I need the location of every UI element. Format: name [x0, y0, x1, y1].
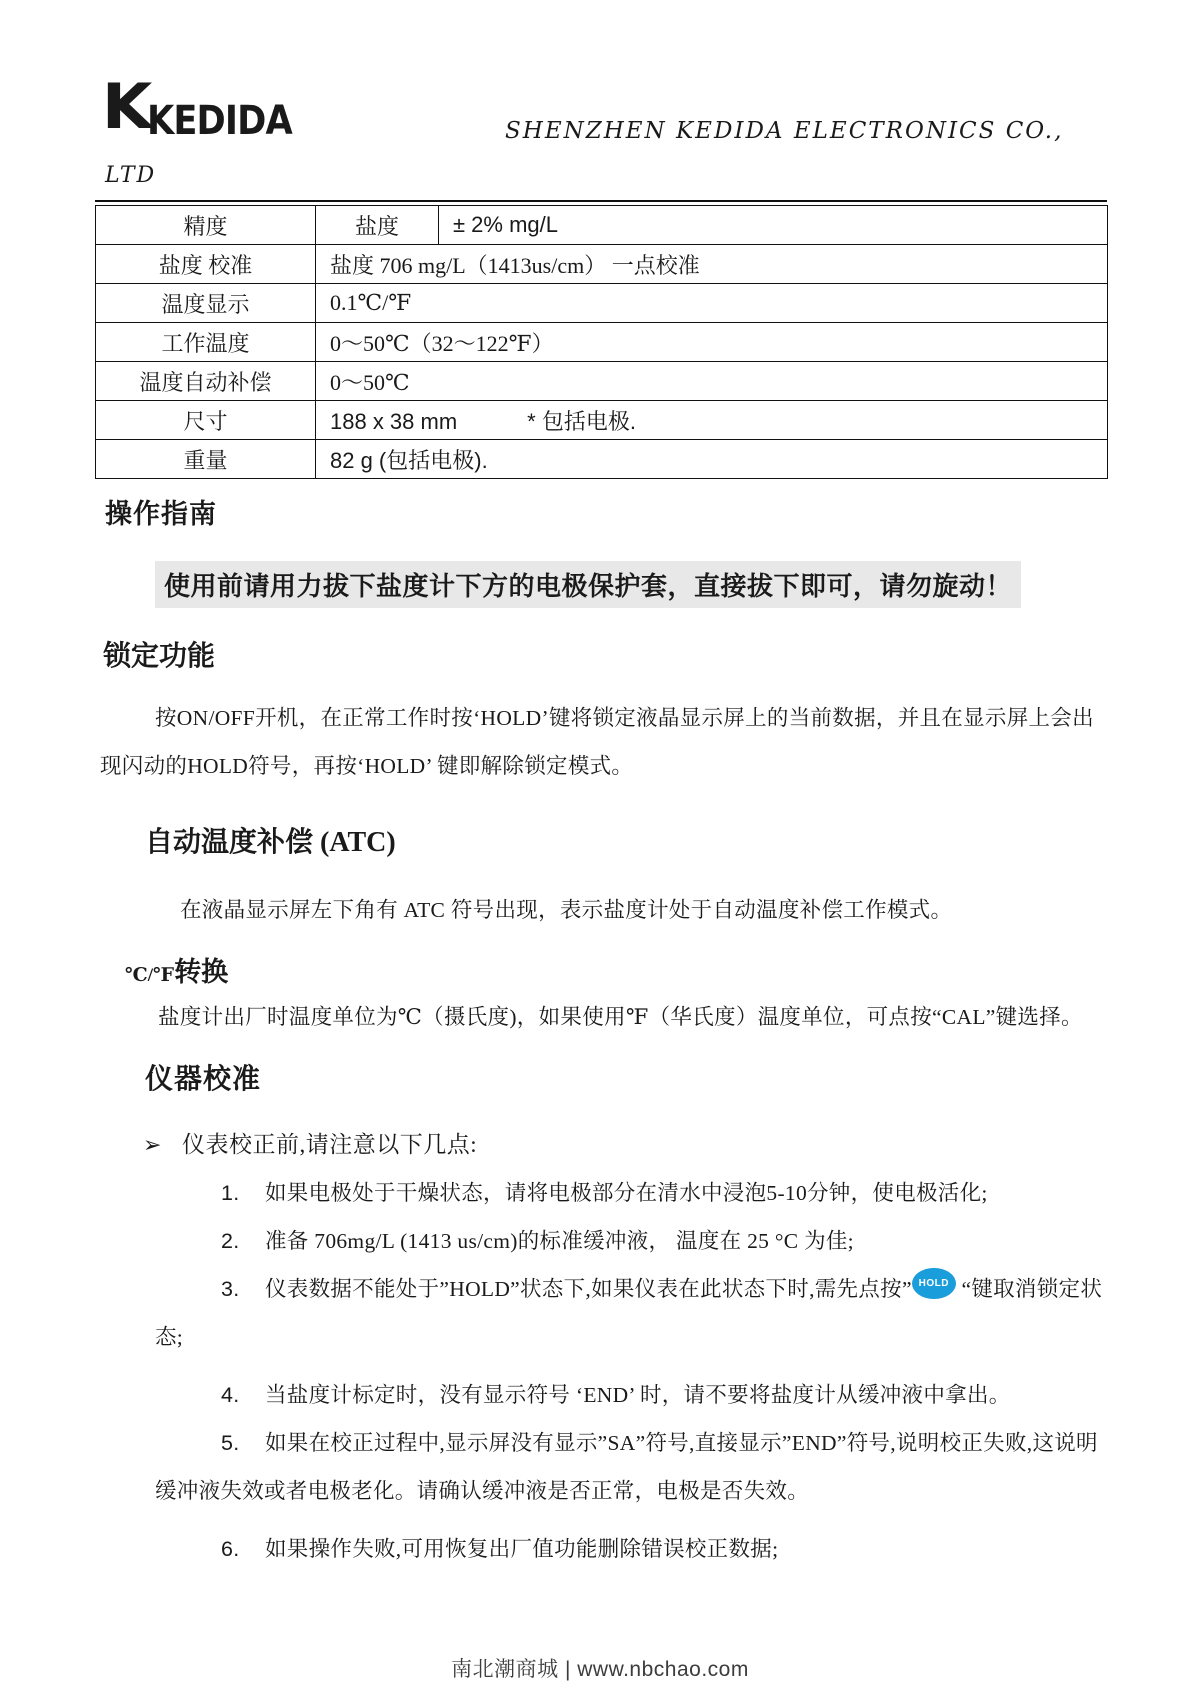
- list-text: 如果在校正过程中,显示屏没有显示”SA”符号,直接显示”END”符号,说明校正失…: [155, 1431, 1098, 1503]
- section-title-atc: 自动温度补偿 (ATC): [145, 820, 1200, 860]
- table-row: 温度显示 0.1℃/℉: [96, 284, 1108, 323]
- list-number: 3.: [221, 1265, 265, 1313]
- table-row: 工作温度 0～50℃（32～122℉）: [96, 323, 1108, 362]
- document-body: 操作指南 使用前请用力拔下盐度计下方的电极保护套，直接拔下即可，请勿旋动！ 锁定…: [0, 468, 1200, 1573]
- spec-label: 盐度 校准: [96, 245, 316, 284]
- lock-function-paragraph: 按ON/OFF开机，在正常工作时按‘HOLD’键将锁定液晶显示屏上的当前数据，并…: [100, 694, 1105, 790]
- list-number: 1.: [221, 1169, 265, 1217]
- spec-value: ± 2% mg/L: [439, 206, 1108, 245]
- spec-label: 尺寸: [96, 401, 316, 440]
- list-text: 准备 706mg/L (1413 us/cm)的标准缓冲液， 温度在 25 °C…: [265, 1229, 854, 1253]
- spec-sublabel: 盐度: [316, 206, 439, 245]
- section-title-instrument-calibration: 仪器校准: [145, 1057, 1200, 1097]
- footer-site-credit: 南北潮商城 | www.nbchao.com: [0, 1653, 1200, 1683]
- kedida-logo-wordmark: KEDIDA: [147, 92, 292, 150]
- table-row: 尺寸 188 x 38 mm* 包括电极.: [96, 401, 1108, 440]
- calibration-notice-text: 仪表校正前,请注意以下几点:: [182, 1132, 477, 1157]
- table-row: 温度自动补偿 0～50℃: [96, 362, 1108, 401]
- list-number: 5.: [221, 1419, 265, 1467]
- spec-label: 工作温度: [96, 323, 316, 362]
- header-divider: [95, 200, 1107, 202]
- table-row: 精度 盐度 ± 2% mg/L: [96, 206, 1108, 245]
- list-text: 当盐度计标定时，没有显示符号 ‘END’ 时，请不要将盐度计从缓冲液中拿出。: [265, 1383, 1011, 1407]
- section-title-cf-switch: ℃/℉转换: [125, 950, 1200, 989]
- list-item-4: 4.当盐度计标定时，没有显示符号 ‘END’ 时，请不要将盐度计从缓冲液中拿出。: [155, 1371, 1105, 1419]
- list-item-1: 1.如果电极处于干燥状态，请将电极部分在清水中浸泡5-10分钟，使电极活化;: [155, 1169, 1105, 1217]
- section-title-lock-function: 锁定功能: [103, 634, 1200, 674]
- spec-value: 0～50℃（32～122℉）: [316, 323, 1108, 362]
- warning-highlight: 使用前请用力拔下盐度计下方的电极保护套，直接拔下即可，请勿旋动！: [155, 561, 1021, 608]
- section-title-operation-guide: 操作指南: [105, 492, 1200, 531]
- kedida-logo-mark: K: [102, 78, 148, 136]
- list-text: 如果操作失败,可用恢复出厂值功能删除错误校正数据;: [265, 1537, 778, 1561]
- spec-note: * 包括电极.: [527, 409, 636, 434]
- spec-value: 0～50℃: [316, 362, 1108, 401]
- manual-page: KKEDIDA SHENZHEN KEDIDA ELECTRONICS CO.,…: [0, 0, 1200, 1697]
- list-item-6: 6.如果操作失败,可用恢复出厂值功能删除错误校正数据;: [155, 1525, 1105, 1573]
- spec-value: 0.1℃/℉: [316, 284, 1108, 323]
- cf-paragraph: 盐度计出厂时温度单位为℃（摄氏度)，如果使用℉（华氏度）温度单位，可点按“CAL…: [100, 993, 1105, 1041]
- list-text: 仪表数据不能处于”HOLD”状态下,如果仪表在此状态下时,需先点按”HOLD “…: [155, 1277, 1102, 1349]
- spec-label: 精度: [96, 206, 316, 245]
- spec-label: 温度自动补偿: [96, 362, 316, 401]
- spec-table: 精度 盐度 ± 2% mg/L 盐度 校准 盐度 706 mg/L（1413us…: [95, 205, 1108, 479]
- list-text: 如果电极处于干燥状态，请将电极部分在清水中浸泡5-10分钟，使电极活化;: [265, 1181, 988, 1205]
- company-name-line2: LTD: [105, 163, 156, 188]
- spec-value: 188 x 38 mm* 包括电极.: [316, 401, 1108, 440]
- list-number: 6.: [221, 1525, 265, 1573]
- cf-title-label: 转换: [174, 957, 228, 987]
- spec-value: 盐度 706 mg/L（1413us/cm） 一点校准: [316, 245, 1108, 284]
- list-item-5: 5.如果在校正过程中,显示屏没有显示”SA”符号,直接显示”END”符号,说明校…: [155, 1419, 1105, 1515]
- table-row: 盐度 校准 盐度 706 mg/L（1413us/cm） 一点校准: [96, 245, 1108, 284]
- spec-label: 温度显示: [96, 284, 316, 323]
- hold-button-badge: HOLD: [912, 1268, 956, 1299]
- atc-paragraph: 在液晶显示屏左下角有 ATC 符号出现，表示盐度计处于自动温度补偿工作模式。: [105, 886, 1105, 934]
- company-name-line1: SHENZHEN KEDIDA ELECTRONICS CO.,: [505, 118, 1025, 144]
- list-item-2: 2.准备 706mg/L (1413 us/cm)的标准缓冲液， 温度在 25 …: [155, 1217, 1105, 1265]
- calibration-notice-line: ➢仪表校正前,请注意以下几点:: [143, 1121, 1200, 1169]
- kedida-logo: KKEDIDA: [103, 78, 312, 150]
- cf-units-label: ℃/℉: [125, 965, 174, 986]
- arrow-bullet-icon: ➢: [143, 1132, 162, 1157]
- list-number: 4.: [221, 1371, 265, 1419]
- list-item-3: 3.仪表数据不能处于”HOLD”状态下,如果仪表在此状态下时,需先点按”HOLD…: [155, 1265, 1105, 1361]
- list-number: 2.: [221, 1217, 265, 1265]
